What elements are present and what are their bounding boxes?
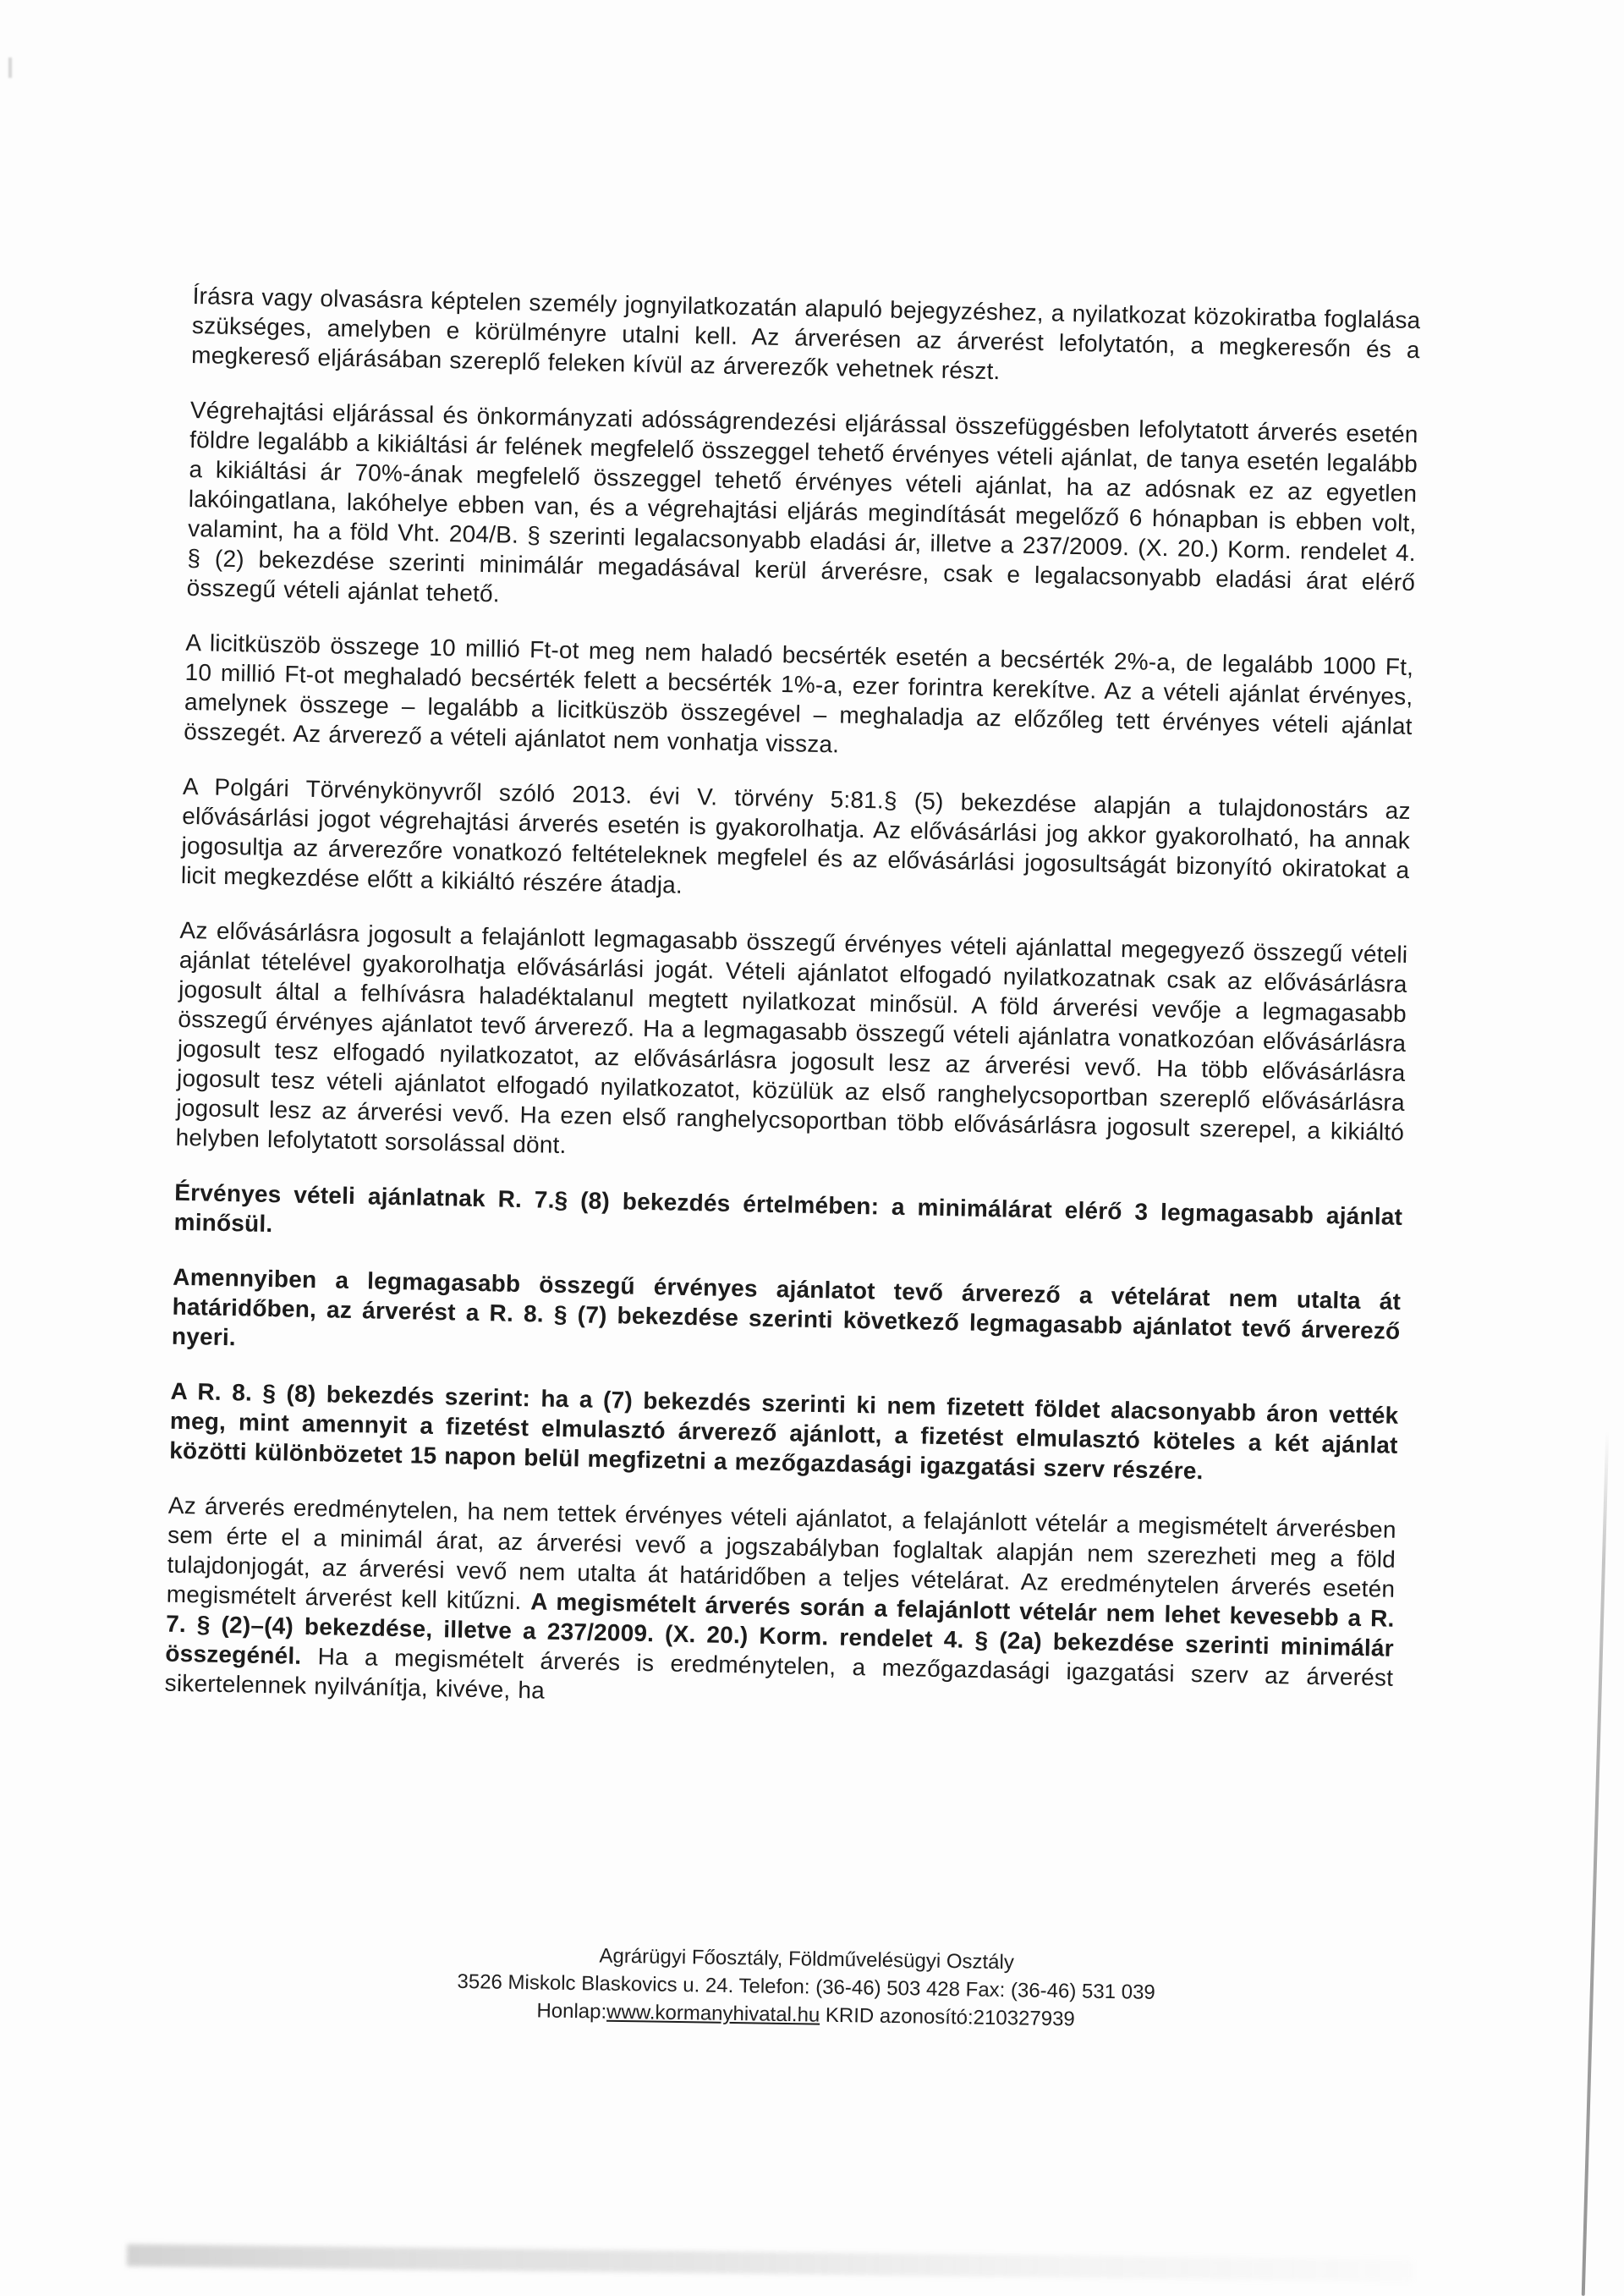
paragraph-civil-code-preemption: A Polgári Törvénykönyvről szóló 2013. év… — [181, 772, 1412, 915]
paragraph-enforcement-auction: Végrehajtási eljárással és önkormányzati… — [186, 395, 1418, 627]
paragraph-payment-deadline-rule: Amennyiben a legmagasabb összegű érvénye… — [172, 1262, 1402, 1376]
footer-website-label: Honlap: — [536, 1999, 606, 2023]
paragraph-preemption-exercise: Az elővásárlásra jogosult a felajánlott … — [175, 915, 1407, 1177]
document-text-block: Írásra vagy olvasásra képtelen személy j… — [164, 281, 1421, 1748]
scan-artifact-left-dash — [8, 58, 12, 78]
document-page: Írásra vagy olvasásra képtelen személy j… — [0, 0, 1624, 2296]
paragraph-price-difference-rule: A R. 8. § (8) bekezdés szerint: ha a (7)… — [169, 1376, 1399, 1490]
paragraph-signature-rules: Írásra vagy olvasásra képtelen személy j… — [191, 281, 1421, 394]
paragraph-unsuccessful-auction: Az árverés eredménytelen, ha nem tettek … — [164, 1491, 1396, 1722]
paragraph-valid-offer-rule: Érvényes vételi ajánlatnak R. 7.§ (8) be… — [173, 1178, 1402, 1261]
website-link-text: www.kormanyhivatal.hu — [606, 2001, 820, 2027]
scan-artifact-bottom-smudge — [127, 2244, 1413, 2282]
page-footer: Agrárügyi Főosztály, Földművelésügyi Osz… — [191, 1936, 1420, 2039]
footer-krid-id: KRID azonosító:210327939 — [820, 2004, 1075, 2031]
paragraph-bid-threshold: A licitküszöb összege 10 millió Ft-ot me… — [184, 628, 1414, 771]
scan-artifact-right-line — [1582, 1431, 1610, 2296]
